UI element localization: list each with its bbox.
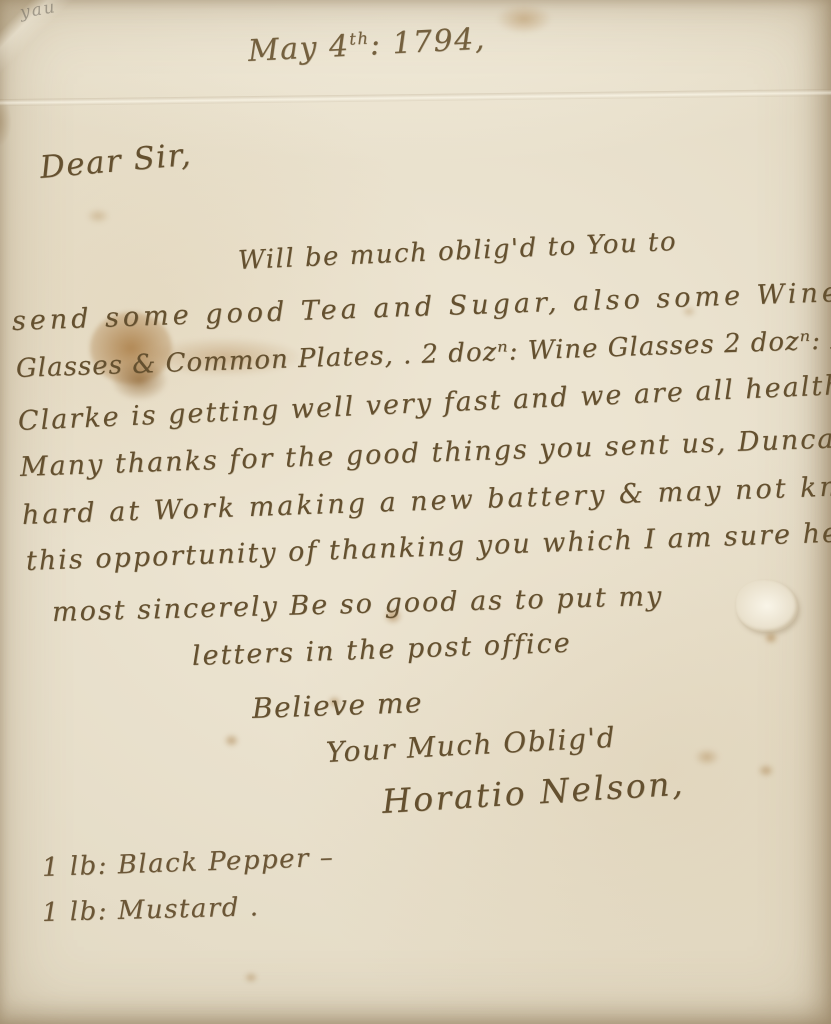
- letter-scan: yau May 4th: 1794, Dear Sir, Will be muc…: [0, 0, 831, 1024]
- date-year: : 1794,: [369, 22, 487, 63]
- date-ordinal: th: [349, 29, 370, 49]
- paper-tear: [736, 580, 798, 632]
- postscript-line: 1 lb: Mustard .: [42, 892, 260, 928]
- date-day: May 4: [247, 29, 350, 69]
- closing-line: Believe me: [251, 686, 423, 725]
